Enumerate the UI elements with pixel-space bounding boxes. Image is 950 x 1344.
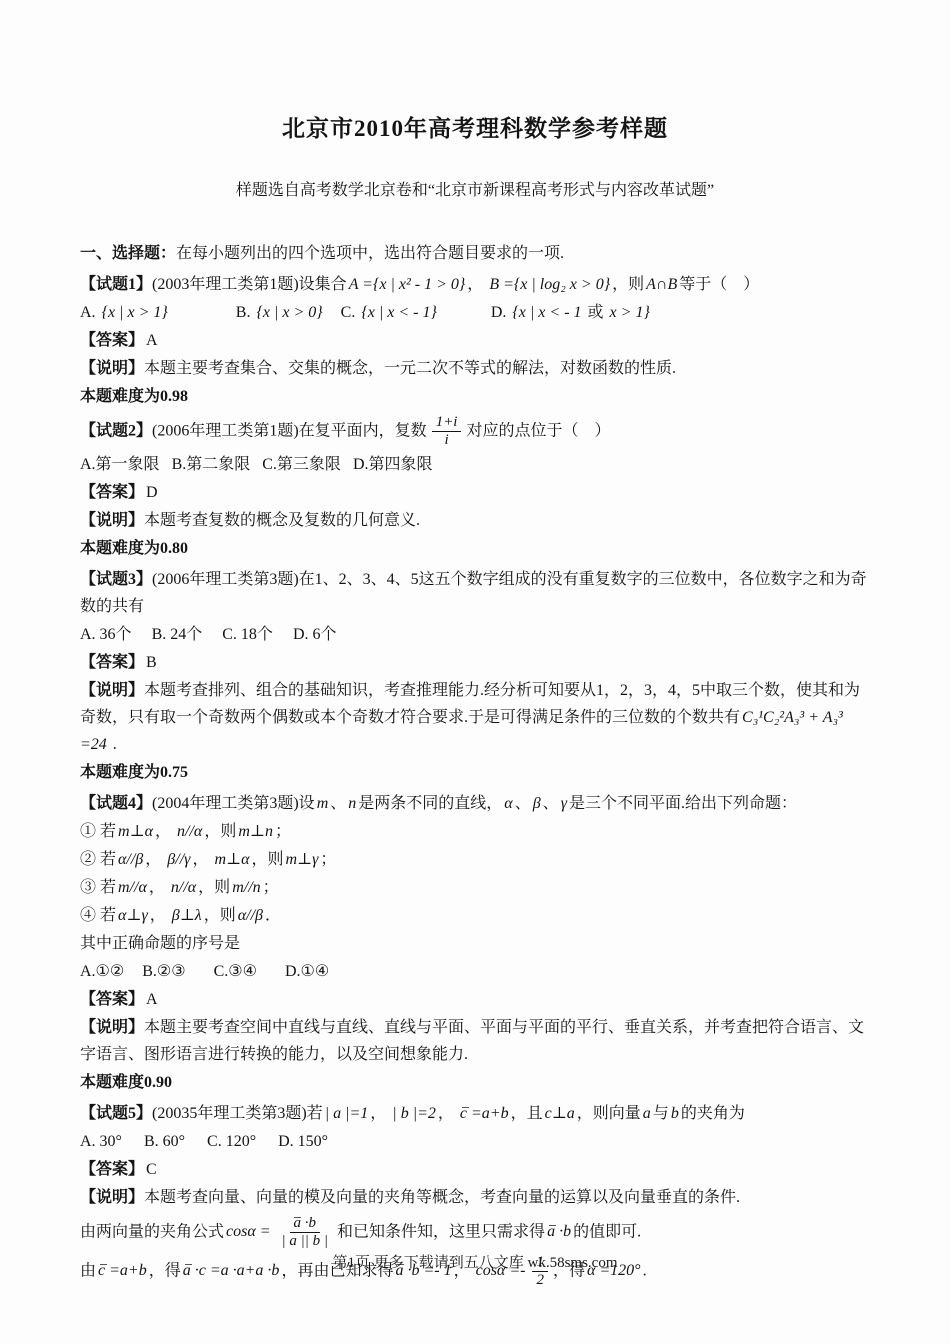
question-1-note: 【说明】本题主要考查集合、交集的概念，一元二次不等式的解法，对数函数的性质.: [80, 355, 870, 382]
question-4-note: 【说明】本题主要考查空间中直线与直线、直线与平面、平面与平面的平行、垂直关系，并…: [80, 1014, 870, 1068]
option-a: A.①②: [80, 958, 124, 985]
option-d: D. {x | x < - 1 或 x > 1}: [491, 299, 652, 326]
question-3-note: 【说明】本题考查排列、组合的基础知识，考查推理能力.经分析可知要从1，2，3，4…: [80, 677, 870, 758]
note-label: 【说明】: [80, 1019, 144, 1036]
question-4-item-1: ① 若m⊥α， n//α，则m⊥n；: [80, 818, 870, 845]
question-4-stem-text: (2004年理工类第3题)设m、n是两条不同的直线，α、β、γ是三个不同平面.给…: [152, 795, 797, 812]
work-1-post: 和已知条件知，这里只需求得a ·b的值即可.: [337, 1223, 641, 1240]
question-4-tag: 【试题4】: [80, 795, 152, 812]
question-5-work-1: 由两向量的夹角公式cosα =a ·b| a || b |和已知条件知，这里只需…: [80, 1215, 870, 1251]
question-4-answer: 【答案】A: [80, 986, 870, 1013]
answer-label: 【答案】: [80, 332, 144, 349]
fraction-numerator: 1+i: [432, 414, 462, 432]
question-1-stem-text: (2003年理工类第1题)设集合A ={x | x² - 1 > 0}， B =…: [152, 276, 759, 293]
question-2-answer: 【答案】D: [80, 479, 870, 506]
option-d: D. 150°: [278, 1128, 328, 1155]
question-3: 【试题3】(2006年理工类第3题)在1、2、3、4、5这五个数字组成的没有重复…: [80, 566, 870, 786]
answer-label: 【答案】: [80, 484, 144, 501]
option-d: D.①④: [285, 958, 329, 985]
question-2-options: A.第一象限B.第二象限C.第三象限D.第四象限: [80, 451, 870, 478]
note-text: 本题考查排列、组合的基础知识，考查推理能力.经分析可知要从1，2，3，4，5中取…: [80, 682, 860, 753]
question-4-midtext: 其中正确命题的序号是: [80, 930, 870, 957]
question-5-stem-text: (20035年理工类第3题)若| a |=1， | b |=2， c =a+b，…: [152, 1105, 745, 1122]
option-d: D. 6个: [293, 621, 337, 648]
note-label: 【说明】: [80, 512, 144, 529]
question-1-tag: 【试题1】: [80, 276, 152, 293]
fraction-denominator: | a || b |: [278, 1233, 333, 1250]
question-3-stem-text: (2006年理工类第3题)在1、2、3、4、5这五个数字组成的没有重复数字的三位…: [80, 571, 867, 615]
question-5-options: A. 30°B. 60°C. 120°D. 150°: [80, 1128, 870, 1155]
answer-value: D: [144, 484, 158, 501]
option-b: B. 60°: [144, 1128, 185, 1155]
page-subtitle: 样题选自高考数学北京卷和“北京市新课程高考形式与内容改革试题”: [80, 177, 870, 200]
option-b: B.第二象限: [172, 451, 251, 478]
document-page: 北京市2010年高考理科数学参考样题 样题选自高考数学北京卷和“北京市新课程高考…: [0, 0, 950, 1290]
fraction-denominator: 2: [532, 1272, 548, 1289]
page-title: 北京市2010年高考理科数学参考样题: [80, 110, 870, 143]
question-1-stem: 【试题1】(2003年理工类第1题)设集合A ={x | x² - 1 > 0}…: [80, 271, 870, 298]
complex-fraction: 1+ii: [432, 414, 462, 450]
question-3-tag: 【试题3】: [80, 571, 152, 588]
note-label: 【说明】: [80, 360, 144, 377]
option-c: C. 18个: [222, 621, 273, 648]
option-a: A. 30°: [80, 1128, 122, 1155]
cosine-fraction: a ·b| a || b |: [278, 1215, 333, 1251]
question-2-difficulty: 本题难度为0.80: [80, 535, 870, 562]
question-5-tag: 【试题5】: [80, 1105, 152, 1122]
question-3-stem: 【试题3】(2006年理工类第3题)在1、2、3、4、5这五个数字组成的没有重复…: [80, 566, 870, 620]
answer-label: 【答案】: [80, 991, 144, 1008]
question-4-difficulty: 本题难度0.90: [80, 1069, 870, 1096]
note-text: 本题主要考查空间中直线与直线、直线与平面、平面与平面的平行、垂直关系，并考查把符…: [80, 1019, 864, 1063]
option-c: C.第三象限: [262, 451, 341, 478]
question-1: 【试题1】(2003年理工类第1题)设集合A ={x | x² - 1 > 0}…: [80, 271, 870, 410]
question-4-options: A.①②B.②③C.③④D.①④: [80, 958, 870, 985]
question-2-note: 【说明】本题考查复数的概念及复数的几何意义.: [80, 507, 870, 534]
option-d: D.第四象限: [353, 451, 433, 478]
question-4-item-4: ④ 若α⊥γ， β⊥λ，则α//β．: [80, 902, 870, 929]
question-1-options: A. {x | x > 1}B. {x | x > 0}C. {x | x < …: [80, 299, 870, 326]
fraction-denominator: i: [441, 432, 453, 449]
page-footer: 第1页 更多下载请到五八文库 wk.58sms.com: [0, 1251, 950, 1272]
option-c: C. {x | x < - 1}: [341, 299, 439, 326]
note-label: 【说明】: [80, 1189, 144, 1206]
answer-value: B: [144, 654, 157, 671]
question-2-stem-text: (2006年理工类第1题)在复平面内，复数: [152, 422, 427, 439]
fraction-numerator: a ·b: [290, 1215, 321, 1233]
question-5-note: 【说明】本题考查向量、向量的模及向量的夹角等概念，考查向量的运算以及向量垂直的条…: [80, 1184, 870, 1211]
question-5-answer: 【答案】C: [80, 1156, 870, 1183]
question-1-answer: 【答案】A: [80, 327, 870, 354]
note-text: 本题考查复数的概念及复数的几何意义.: [144, 512, 420, 529]
question-2-stem-tail: 对应的点位于（ ）: [466, 422, 610, 439]
question-2-stem: 【试题2】(2006年理工类第1题)在复平面内，复数1+ii对应的点位于（ ）: [80, 414, 870, 450]
question-1-difficulty: 本题难度为0.98: [80, 383, 870, 410]
answer-value: A: [144, 332, 158, 349]
option-c: C.③④: [214, 958, 257, 985]
section-heading-label: 一、选择题：: [80, 245, 176, 262]
option-b: B. 24个: [152, 621, 203, 648]
question-4-item-3: ③ 若m//α， n//α，则m//n；: [80, 874, 870, 901]
question-4: 【试题4】(2004年理工类第3题)设m、n是两条不同的直线，α、β、γ是三个不…: [80, 790, 870, 1096]
answer-label: 【答案】: [80, 1161, 144, 1178]
question-3-answer: 【答案】B: [80, 649, 870, 676]
question-4-item-2: ② 若α//β， β//γ， m⊥α，则m⊥γ；: [80, 846, 870, 873]
note-label: 【说明】: [80, 682, 144, 699]
note-text: 本题主要考查集合、交集的概念，一元二次不等式的解法，对数函数的性质.: [144, 360, 676, 377]
work-1-pre: 由两向量的夹角公式cosα =: [80, 1223, 273, 1240]
answer-value: A: [144, 991, 158, 1008]
question-3-options: A. 36个B. 24个C. 18个D. 6个: [80, 621, 870, 648]
option-c: C. 120°: [207, 1128, 256, 1155]
option-a: A.第一象限: [80, 451, 160, 478]
question-4-stem: 【试题4】(2004年理工类第3题)设m、n是两条不同的直线，α、β、γ是三个不…: [80, 790, 870, 817]
section-heading: 一、选择题：在每小题列出的四个选项中，选出符合题目要求的一项.: [80, 240, 870, 267]
question-2-tag: 【试题2】: [80, 422, 152, 439]
answer-label: 【答案】: [80, 654, 144, 671]
section-heading-text: 在每小题列出的四个选项中，选出符合题目要求的一项.: [176, 245, 564, 262]
answer-value: C: [144, 1161, 157, 1178]
note-text: 本题考查向量、向量的模及向量的夹角等概念，考查向量的运算以及向量垂直的条件.: [144, 1189, 740, 1206]
option-b: B. {x | x > 0}: [236, 299, 325, 326]
option-b: B.②③: [142, 958, 185, 985]
option-a: A. 36个: [80, 621, 132, 648]
question-2: 【试题2】(2006年理工类第1题)在复平面内，复数1+ii对应的点位于（ ） …: [80, 414, 870, 562]
option-a: A. {x | x > 1}: [80, 299, 170, 326]
question-3-difficulty: 本题难度为0.75: [80, 759, 870, 786]
question-5-stem: 【试题5】(20035年理工类第3题)若| a |=1， | b |=2， c …: [80, 1100, 870, 1127]
